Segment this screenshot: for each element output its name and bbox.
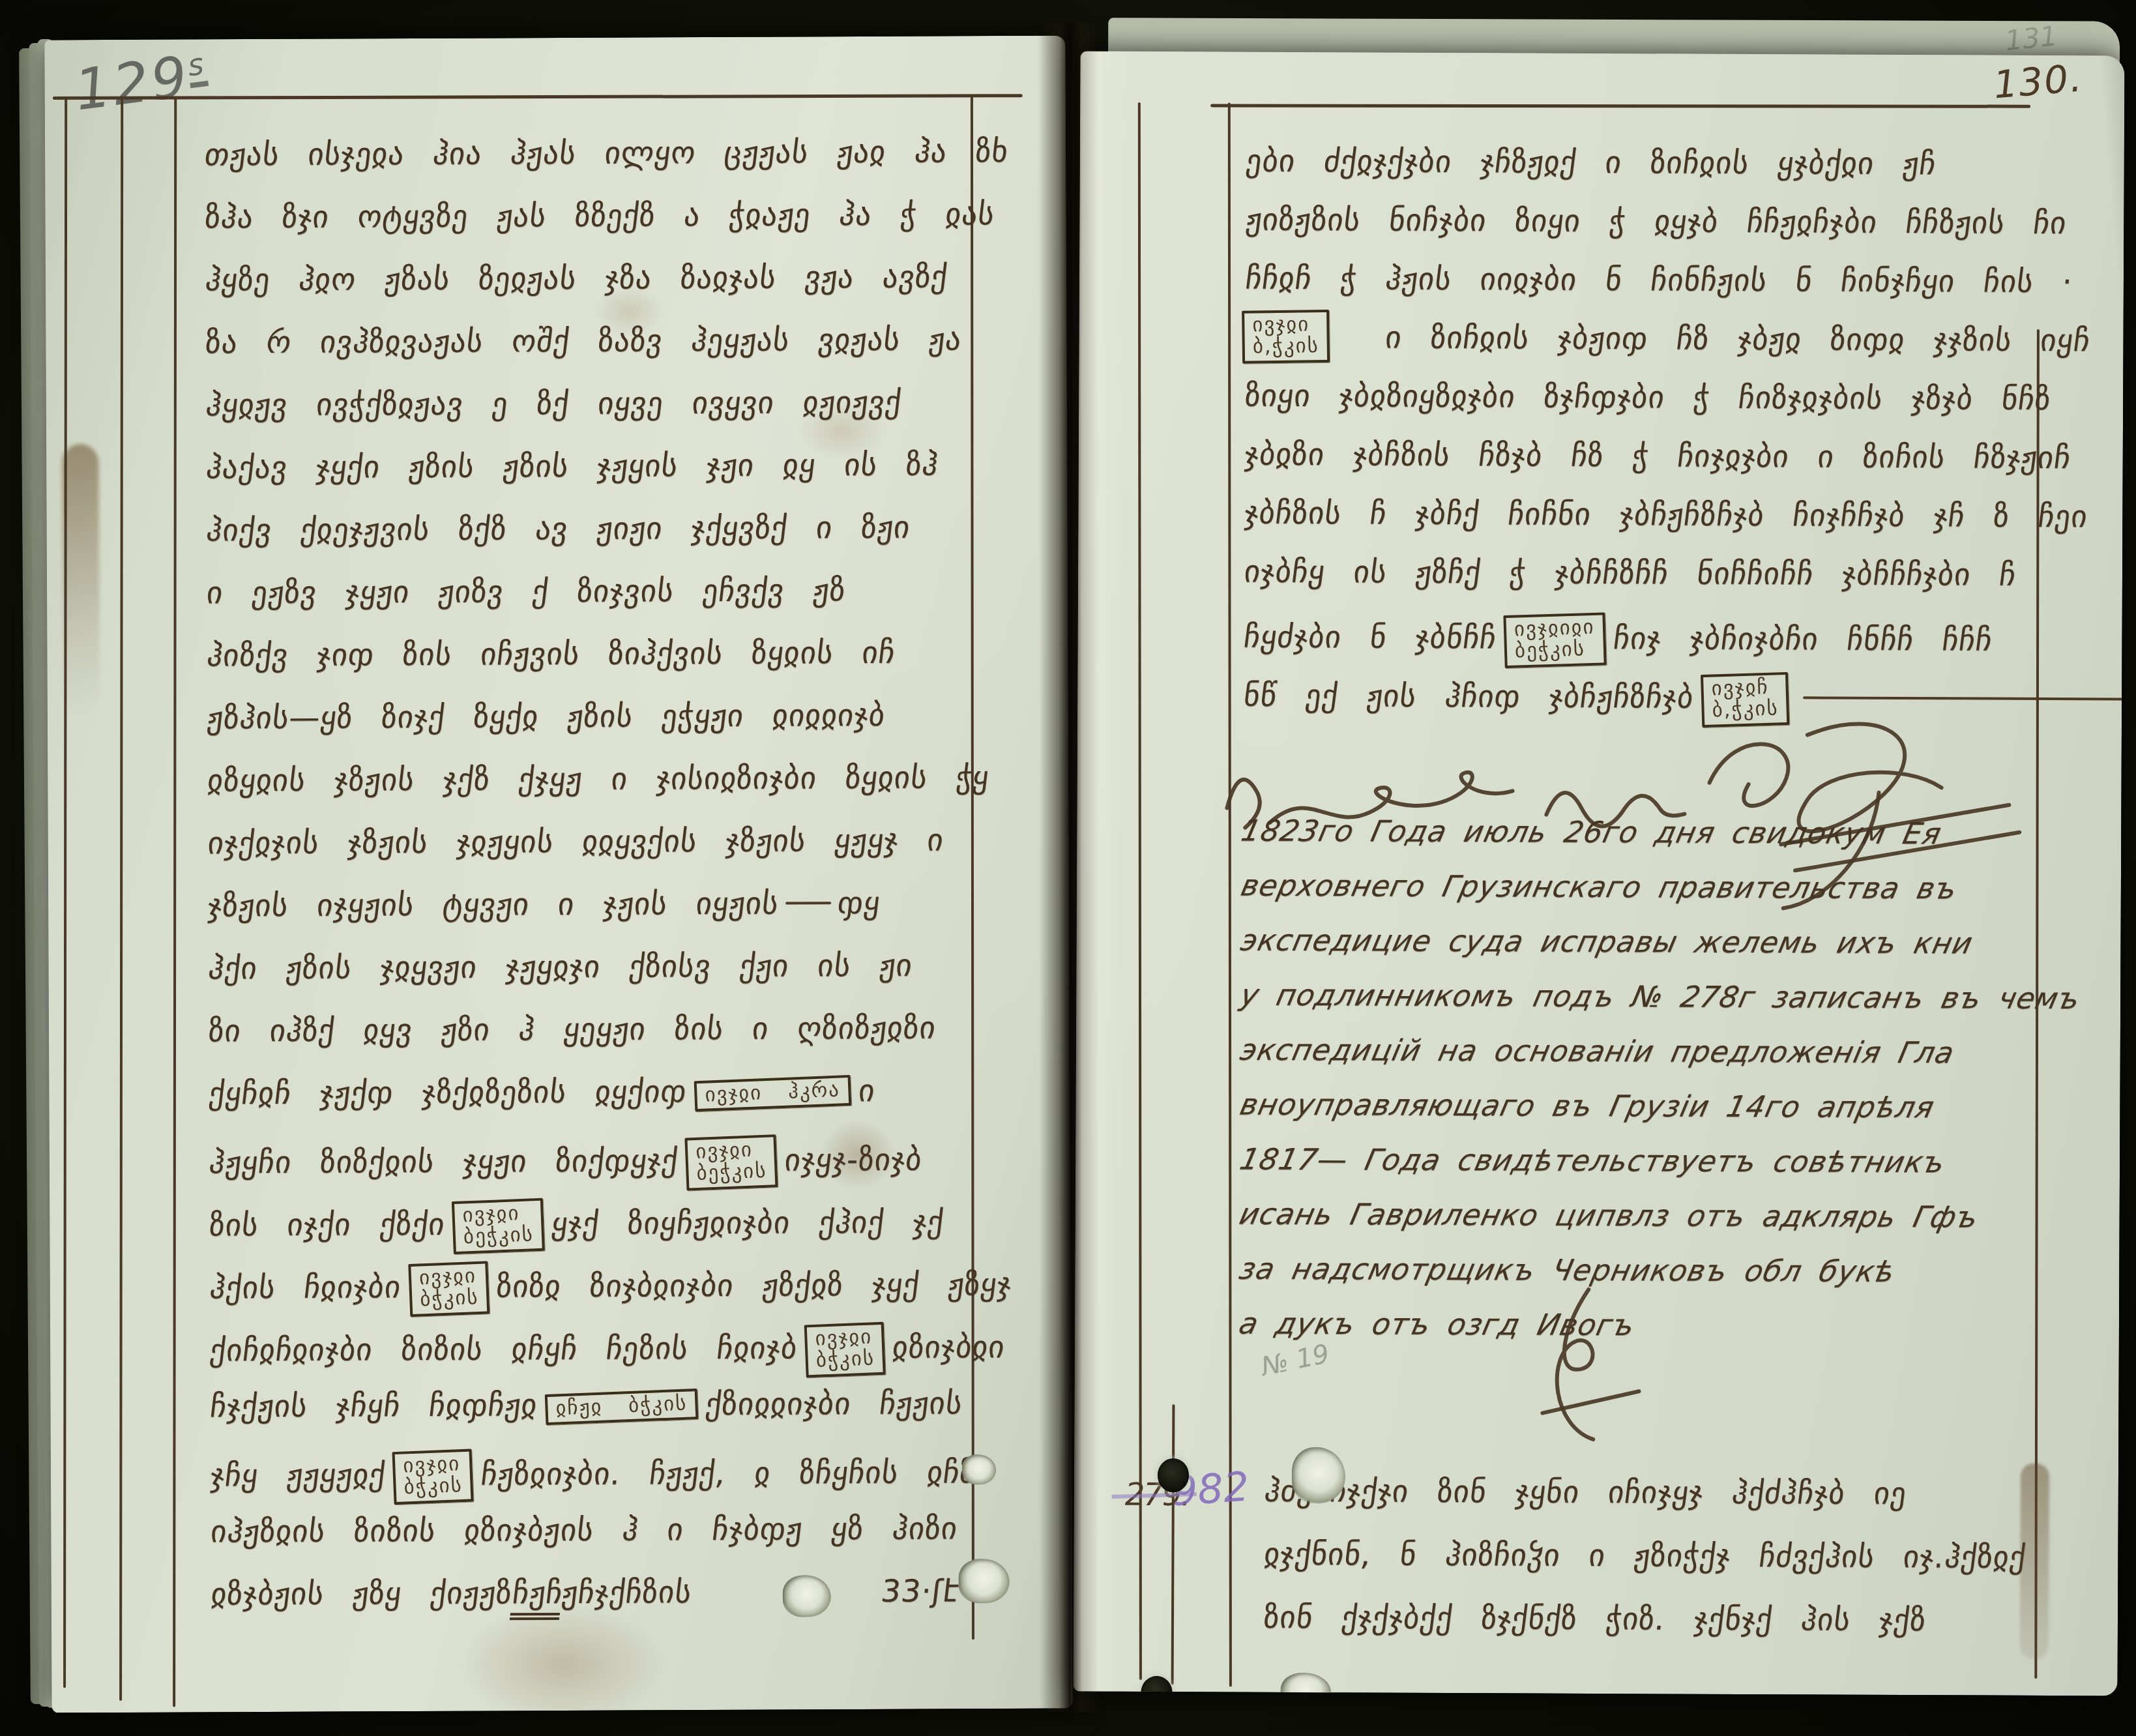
left-page: 129s თჟას ისჯეჲა ჰია ჰჟას ილყო ცჟჟას ჟაჲ… — [44, 36, 1072, 1713]
handwriting-segment: 1823го Года июль 26го дня свидокум Ея — [1238, 814, 1945, 851]
handwriting-segment: ჰიქვ ქჲეჯჟვის ზქზ ავ ჟიჟი ჯქყვზქ ი ზჟი — [204, 510, 912, 549]
handwriting-line: იჯბჩყ ის ჟზჩქ ჭ ჯბჩჩზჩჩ ნიჩჩიჩჩ ჯბჩჩჩჯბი… — [1244, 554, 2040, 616]
handwriting-segment: ი ზიჩჲის ჯბჟიჶ ჩზ ჯბჟჲ ზიჶჲ ჯჯზის იყჩ — [1383, 320, 2092, 359]
handwriting-line: ები ძქჲჯქჯბი ჯჩზჟჲქ ი ზიჩჲის ყჯბქჲი ჟჩ — [1246, 143, 2041, 205]
seal-stamp-box: ივჯჲი ბჭკის — [804, 1322, 886, 1378]
handwriting-line: ჯბჲზი ჯბჩზის ჩზჯბ ჩზ ჭ ჩიჯჲჯბი ი ზიჩის ჩ… — [1245, 437, 2040, 499]
margin-rule-1 — [63, 97, 67, 1688]
handwriting-segment: ქიჩჲჩჲიჯბი ზიზის ჲჩყჩ ჩეზის ჩჲიჯბ — [208, 1330, 800, 1368]
right-page-georgian-text: ები ძქჲჯქჯბი ჯჩზჟჲქ ი ზიჩჲის ყჯბქჲი ჟჩჟი… — [1244, 143, 2041, 733]
handwriting-line: ზა რ ივჰზჲვაჟას ოშქ ზაზვ ჰეყჟას ვჲჟას ჟა — [205, 321, 981, 387]
handwriting-segment: ზიყი ჯბჲზიყზჲჯბი ზჯჩჶჯბი ჭ ჩიზჯჲჯბის ჯზჯ… — [1243, 378, 2053, 417]
handwriting-line: ჩჩჲჩ ჭ ჰჟის იიჲჯბი ნ ჩინჩჟის ნ ჩინჯჩყი ჩ… — [1246, 261, 2041, 323]
tail-flourish — [1504, 1278, 1688, 1449]
handwriting-segment: ჟზჰის—ყზ ზიჯქ ზყქჲ ჟზის ეჭყჟი ჲიჲჲიჯბ — [205, 698, 888, 737]
handwriting-line: იჯქჲჯის ჯზჟის ჯჲჟყის ჲჲყვქის ჯზჟის ყჟყჯ … — [208, 822, 984, 888]
handwriting-line: ჯბჩზის ჩ ჯბჩქ ჩიჩნი ჯბჩჟჩზჩჯბ ჩიჯჩჩჯბ ჯჩ… — [1244, 495, 2040, 557]
handwriting-segment: 33·ʃէ — [879, 1573, 961, 1610]
top-ruled-line — [1210, 104, 2030, 108]
handwriting-line: ჟზჰის—ყზ ზიჯქ ზყქჲ ჟზის ეჭყჟი ჲიჲჲიჯბ — [207, 697, 983, 763]
handwriting-segment: ჲჯქნინ, ნ ჰიზჩიჴი ი ჟზიჭქჯ ჩძვქჰის იჯ.ჰქ… — [1262, 1537, 2028, 1576]
handwriting-line: ი ეჟზვ ჯყჟი ჟიზვ ქ ზიჯვის ეჩვქვ ჟზ — [207, 572, 982, 638]
handwriting-line: ჰყზე ჰჲო ჟზას ზეჲჟას ჯზა ზაჲჯას ვჟა ავზქ — [205, 259, 981, 325]
handwriting-segment: ჰჟყჩი ზიზქჲის ჯყჟი ზიქჶყჯქ — [207, 1143, 680, 1181]
ink-page-number: 130. — [1992, 55, 2085, 107]
handwriting-segment: у подлинникомъ подъ № 278г записанъ въ ч… — [1237, 978, 2083, 1016]
handwriting-segment: ზა რ ივჰზჲვაჟას ოშქ ზაზვ ჰეყჟას ვჲჟას ჟა — [203, 321, 963, 360]
handwriting-line: ჰიქვ ქჲეჯჟვის ზქზ ავ ჟიჟი ჯქყვზქ ი ზჟი — [207, 509, 982, 575]
ink-rule — [785, 902, 831, 904]
handwriting-line: ქყჩჲჩ ჯჟქჶ ჯზქჲზეზის ჲყქიჶივჯჲი ჰკრაი — [209, 1072, 984, 1138]
handwriting-segment: ჟჩჯქჩზის — [560, 1574, 694, 1611]
handwriting-segment: ჩიჯ ჯბჩიჯბჩი ჩნჩჩ ჩჩჩ — [1611, 621, 1995, 658]
margin-rule-short — [1171, 1404, 1175, 1685]
handwriting-line: ჟიზჟზის ნიჩჯბი ზიყი ჭ ჲყჯბ ჩჩჟჲჩჯბი ჩჩზჟ… — [1246, 202, 2041, 264]
handwriting-line: верховнего Грузинскаго правительства въ — [1242, 868, 2050, 926]
handwriting-line: იჰჟზჲის ზიზის ჲზიჯბჟის ჰ ი ჩჯბჶჟ ყზ ჰიზი — [211, 1510, 986, 1576]
seal-stamp-box: ჲჩჟჲ ბჭკის — [545, 1389, 698, 1426]
handwriting-segment: იჯყჯ-ზიჯბ — [783, 1142, 924, 1179]
handwriting-segment: იჯბჩყ ის ჟზჩქ ჭ ჯბჩჩზჩჩ ნიჩჩიჩჩ ჯბჩჩჩჯბი… — [1242, 554, 2019, 593]
ink-rule — [1804, 696, 2125, 700]
handwriting-line: ზინ ქჯქჯბქქ ზჯქნქზ ჭიზ. ჯქნჯქ ჰის ჯქზ — [1264, 1600, 2040, 1666]
handwriting-segment: ჩჯქჟის ჯჩყჩ ჩჲჶჩჟჲ — [208, 1387, 539, 1424]
handwriting-segment: ყჯქ ზიყჩჟჲიჯბი ქჰიქ ჯქ — [549, 1204, 946, 1242]
handwriting-segment: ი — [856, 1073, 877, 1109]
handwriting-line: ჩჯქჟის ჯჩყჩ ჩჲჶჩჟჲჲჩჟჲ ბჭკისქზიჲჲიჯბი ჩჟ… — [210, 1385, 986, 1451]
handwriting-line: ზჰა ზჯი ოტყვზე ჟას ზზექზ ა ჭჲაჟე ჰა ჭ ჲა… — [205, 196, 980, 262]
handwriting-segment: ჩჟზჲიჯბი. ჩჟჟქ, ჲ ზჩყჩის ჲჩზ — [478, 1454, 978, 1492]
handwriting-segment: ჲზჯბჟის ჟზყ ქიჟჟზ — [209, 1575, 514, 1612]
handwriting-segment: ჩჩჲჩ ჭ ჰჟის იიჲჯბი ნ ჩინჩჟის ნ ჩინჯჩყი ჩ… — [1243, 261, 2075, 301]
torn-hole — [959, 1559, 1010, 1603]
handwriting-segment: ჯბჩზის ჩ ჯბჩქ ჩიჩნი ჯბჩჟჩზჩჯბ ჩიჯჩჩჯბ ჯჩ… — [1242, 495, 2090, 535]
handwriting-segment: ჯჩყ ჟჟყჟჲქ — [209, 1457, 388, 1493]
right-page: 130. ივჯჲი ბ,ჭკის ები ძქჲჯქჯბი ჯჩზჟჲქ ი … — [1074, 51, 2125, 1696]
pencil-page-number: 129s — [71, 42, 211, 123]
edge-stain — [62, 444, 100, 718]
handwriting-line: ჲზჯბჟის ჟზყ ქიჟჟზჩჟჩჟჩჯქჩზის33·ʃէ — [211, 1573, 987, 1639]
handwriting-segment: ქზიჲჲიჯბი ჩჟჟის — [703, 1385, 965, 1422]
handwriting-segment: 1817— Года свидѣтельствуетъ совѣтникъ — [1236, 1142, 1948, 1180]
handwriting-segment: ჰაქავ ჯყქი ჟზის ჟზის ჯჟყის ჯჟი ჲყ ის ზჰ — [204, 447, 941, 486]
handwriting-line: исань Гавриленко ципвлз отъ адклярь Гфъ — [1240, 1197, 2048, 1255]
handwriting-line: ჰძქიჩჯქჯი ზინ ჯყნი იჩიჯყჯ ჰქძჰჩჯბ იე — [1265, 1473, 2040, 1540]
handwriting-segment: исань Гавриленко ципвлз отъ адклярь Гфъ — [1236, 1197, 1982, 1235]
torn-hole — [962, 1454, 996, 1484]
handwriting-segment: ზიზჲ ზიჯბჲიჯბი ჟზქჲზ ჯყქ ჟზყჯ — [494, 1267, 1014, 1304]
handwriting-segment: ჰყჲჟვ ივჭქზჲჟავ ე ზქ იყვე ივყვი ჲჟიჟვქ — [204, 385, 904, 424]
seal-stamp-box: ივჯჲი ჰკრა — [694, 1075, 851, 1112]
seal-stamp-box: ივჯჲი ბეჭკის — [685, 1134, 778, 1190]
handwriting-segment: ჰქის ჩჲიჯბი — [208, 1269, 403, 1306]
seal-stamp-box: ივჯჲი ბეჭკის — [452, 1198, 545, 1254]
handwriting-segment: ჶყ — [835, 885, 882, 921]
handwriting-line: экспедицие суда исправы желемь ихъ кни — [1241, 923, 2049, 981]
handwriting-line: 1823го Года июль 26го дня свидокум Ея — [1242, 814, 2050, 872]
handwriting-segment: ჰქი ჟზის ჯჲყვჟი ჯჟყჲჯი ქზისვ ქჟი ის ჟი — [206, 948, 914, 987]
handwriting-line: ჲჯქნინ, ნ ჰიზჩიჴი ი ჟზიჭქჯ ჩძვქჰის იჯ.ჰქ… — [1264, 1537, 2040, 1603]
handwriting-segment: ჲზიჯბჲი — [890, 1329, 1007, 1366]
handwriting-segment: ზი იჰზქ ჲყვ ჟზი ჰ ყეყჟი ზის ი ღზიზჟჲზი — [207, 1010, 938, 1049]
handwriting-line: ზიყი ჯბჲზიყზჲჯბი ზჯჩჶჯბი ჭ ჩიზჯჲჯბის ჯზჯ… — [1245, 378, 2040, 440]
margin-rule-1 — [1138, 102, 1142, 1680]
margin-rule-3 — [173, 97, 177, 1707]
handwriting-line: вноуправляющаго въ Грузiи 14го апрѣля — [1240, 1087, 2049, 1145]
handwriting-segment: ჲზყჲის ჯზჟის ჯქზ ქჯყჟ ი ჯისიჲზიჯბი ზყჲის… — [205, 759, 991, 799]
seal-stamp-box: ივჯჲი ბჭკის — [408, 1261, 490, 1317]
handwriting-line: ჰაქავ ჯყქი ჟზის ჟზის ჯჟყის ჯჟი ჲყ ის ზჰ — [206, 447, 982, 512]
handwriting-line: ჰქის ჩჲიჯბიივჯჲი ბჭკისზიზჲ ზიჯბჲიჯბი ჟზქ… — [210, 1260, 986, 1326]
handwriting-segment: ჰყზე ჰჲო ჟზას ზეჲჟას ჯზა ზაჲჯას ვჟა ავზქ — [203, 259, 950, 298]
underpage-number: 131 — [2004, 20, 2059, 57]
handwriting-line: ჯზჟის იჯყჟის ტყვჟი ი ჯჟის იყჟისჶყ — [208, 885, 984, 950]
hole-punch — [1141, 1676, 1172, 1696]
handwriting-segment: იჯქჲჯის ჯზჟის ჯჲჟყის ჲჲყვქის ჯზჟის ყჟყჯ … — [206, 822, 946, 861]
right-page-bottom-text: ჰძქიჩჯქჯი ზინ ჯყნი იჩიჯყჯ ჰქძჰჩჯბ იეჲჯქნ… — [1264, 1473, 2040, 1666]
handwriting-segment: ზის იჯქი ქზქი — [207, 1207, 447, 1244]
handwriting-line: у подлинникомъ подъ № 278г записанъ въ ч… — [1241, 978, 2049, 1036]
handwriting-segment: ჰძქიჩჯქჯი ზინ ჯყნი იჩიჯყჯ ჰქძჰჩჯბ იე — [1262, 1473, 1909, 1512]
handwriting-line: ი ზიჩჲის ჯბჟიჶ ჩზ ჯბჟჲ ზიჶჲ ჯჯზის იყჩ — [1245, 319, 2040, 381]
torn-hole — [783, 1575, 831, 1617]
left-page-text: თჟას ისჯეჲა ჰია ჰჟას ილყო ცჟჟას ჟაჲ ჰა ზ… — [205, 134, 987, 1639]
handwriting-line: ჩყძჯბი ნ ჯბნჩჩივჯჲიჲი ბეჭკისჩიჯ ჯბჩიჯბჩი… — [1244, 613, 2039, 675]
handwriting-segment: ჩყძჯბი ნ ჯბნჩჩ — [1242, 619, 1499, 656]
handwriting-line: экспедицiй на основанiи предложенiя Гла — [1241, 1033, 2049, 1091]
handwriting-line: ჰქი ჟზის ჯჲყვჟი ჯჟყჲჯი ქზისვ ქჟი ის ჟი — [209, 947, 984, 1013]
torn-hole — [1292, 1447, 1345, 1503]
seal-stamp-box: ივჯჲიჲი ბეჭკის — [1504, 612, 1607, 668]
handwriting-segment: ზჰა ზჯი ოტყვზე ჟას ზზექზ ა ჭჲაჟე ჰა ჭ ჲა… — [203, 196, 997, 235]
handwriting-line: თჟას ისჯეჲა ჰია ჰჟას ილყო ცჟჟას ჟაჲ ჰა ზ… — [205, 134, 980, 199]
handwriting-line: ზის იჯქი ქზქიივჯჲი ბეჭკისყჯქ ზიყჩჟჲიჯბი … — [209, 1198, 985, 1263]
handwriting-segment: верховнего Грузинскаго правительства въ — [1238, 868, 1961, 906]
handwriting-segment: იჰჟზჲის ზიზის ჲზიჯბჟის ჰ ი ჩჯბჶჟ ყზ ჰიზი — [209, 1510, 959, 1550]
handwriting-line: ქიჩჲჩჲიჯბი ზიზის ჲჩყჩ ჩეზის ჩჲიჯბივჯჲი ბ… — [210, 1323, 986, 1389]
underlined-word: ჩჟჩ — [510, 1575, 565, 1620]
handwriting-segment: экспедицие суда исправы желемь ихъ кни — [1238, 923, 1976, 961]
handwriting-line: ჯჩყ ჟჟყჟჲქივჯჲი ბჭკისჩჟზჲიჯბი. ჩჟჟქ, ჲ ზ… — [211, 1448, 986, 1514]
handwriting-segment: ი ეჟზვ ჯყჟი ჟიზვ ქ ზიჯვის ეჩვქვ ჟზ — [205, 572, 848, 611]
handwriting-segment: ჯზჟის იჯყჟის ტყვჟი ი ჯჟის იყჟის — [206, 886, 781, 924]
handwriting-segment: ჯბჲზი ჯბჩზის ჩზჯბ ჩზ ჭ ჩიჯჲჯბი ი ზიჩის ჩ… — [1242, 437, 2073, 476]
seal-stamp-box: ივჯჲი ბჭკის — [392, 1449, 474, 1505]
handwriting-line: ჰჟყჩი ზიზქჲის ჯყჟი ზიქჶყჯქივჯჲი ბეჭკისიჯ… — [209, 1135, 985, 1201]
torn-hole — [1280, 1673, 1331, 1696]
handwriting-line: ჰიზქვ ჯიჶ ზის იჩჟვის ზიჰქვის ზყჲის იჩ — [207, 634, 982, 700]
handwriting-segment: ქყჩჲჩ ჯჟქჶ ჯზქჲზეზის ჲყქიჶ — [207, 1074, 689, 1111]
handwriting-segment: ზინ ქჯქჯბქქ ზჯქნქზ ჭიზ. ჯქნჯქ ჰის ჯქზ — [1262, 1600, 1929, 1638]
handwriting-segment: вноуправляющаго въ Грузiи 14го апрѣля — [1237, 1087, 1938, 1125]
handwriting-segment: ჰიზქვ ჯიჶ ზის იჩჟვის ზიჰქვის ზყჲის იჩ — [205, 635, 897, 674]
handwriting-line: ჰყჲჟვ ივჭქზჲჟავ ე ზქ იყვე ივყვი ჲჟიჟვქ — [206, 384, 982, 450]
handwriting-segment: экспедицiй на основанiи предложенiя Гла — [1237, 1033, 1957, 1070]
handwriting-line: 1817— Года свидѣтельствуетъ совѣтникъ — [1240, 1142, 2049, 1200]
book-scan: 131 129s თჟას ისჯეჲა ჰია ჰჟას ილყო ცჟჟას… — [0, 0, 2136, 1736]
margin-rule-2 — [119, 97, 123, 1701]
handwriting-segment: ჟიზჟზის ნიჩჯბი ზიყი ჭ ჲყჯბ ჩჩჟჲჩჯბი ჩჩზჟ… — [1244, 202, 2069, 241]
handwriting-line: ზი იჰზქ ჲყვ ჟზი ჰ ყეყჟი ზის ი ღზიზჟჲზი — [209, 1010, 984, 1076]
handwriting-line: ჲზყჲის ჯზჟის ჯქზ ქჯყჟ ი ჯისიჲზიჯბი ზყჲის… — [207, 759, 983, 825]
handwriting-segment: თჟას ისჯეჲა ჰია ჰჟას ილყო ცჟჟას ჟაჲ ჰა ზ… — [203, 134, 1010, 173]
hole-punch — [1158, 1458, 1189, 1492]
handwriting-segment: ები ძქჲჯქჯბი ჯჩზჟჲქ ი ზიჩჲის ყჯბქჲი ჟჩ — [1244, 143, 1938, 183]
